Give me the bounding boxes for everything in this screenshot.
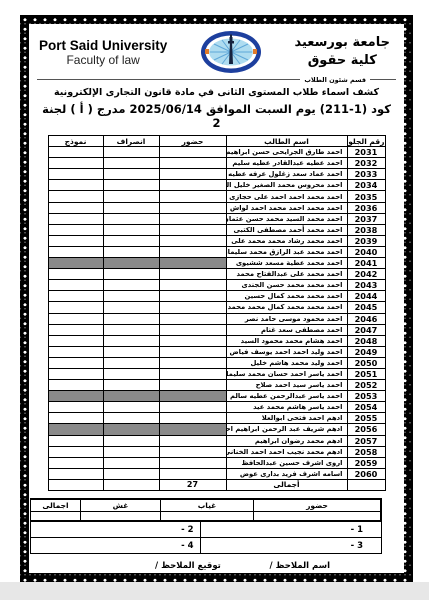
student-name-cell: ادهم محمد نجيب احمد احمد الخنانى [226,446,347,457]
seat-number-cell: 2057 [347,435,385,446]
summary-header-row: حضور غياب غش اجمالى [31,500,381,512]
attendance-cell [159,291,226,302]
seat-number-cell: 2055 [347,413,385,424]
attendance-table: رقم الجلوس اسم الطالب حضور انصراف نموذج … [48,135,386,491]
form-cell [48,280,103,291]
table-row: 2045احمد محمد محمد كمال محمد محمد [48,302,385,313]
student-name-cell: احمد ياسر هاشم محمد عيد [226,402,347,413]
departure-cell [103,402,159,413]
departure-cell [103,335,159,346]
table-row: 2038احمد محمد أحمد مصطفى الكتبى [48,224,385,235]
seat-number-cell: 2049 [347,346,385,357]
departure-cell [103,346,159,357]
seat-number-cell: 2041 [347,258,385,269]
form-cell [48,435,103,446]
table-row: 2036احمد محمد احمد محمد احمد لواش [48,202,385,213]
form-cell [48,169,103,180]
student-name-cell: احمد هشام محمد محمود السيد [226,335,347,346]
attendance-cell [159,324,226,335]
document-page: جامعة بورسعيد كلية حقوق [0,0,429,600]
table-row: 2048احمد هشام محمد محمود السيد [48,335,385,346]
seat-number-cell: 2050 [347,357,385,368]
letterhead: جامعة بورسعيد كلية حقوق [37,28,396,75]
form-cell [48,424,103,435]
list-item-1: - 1 [200,522,382,537]
observer-signature-label: توقيع الملاحظ / [155,561,221,571]
student-name-cell: احمد محمد أحمد مصطفى الكتبى [226,224,347,235]
form-cell [48,180,103,191]
list-item-4: - 4 [31,538,200,553]
form-cell [48,402,103,413]
summary-col-cheating: غش [81,500,161,512]
departure-cell [103,446,159,457]
table-row: 2055ادهم احمد فتحى ابوالعلا [48,413,385,424]
seat-number-cell: 2048 [347,335,385,346]
form-cell [48,224,103,235]
seat-number-cell: 2056 [347,424,385,435]
total-present-count: 27 [159,479,226,490]
departure-cell [103,424,159,435]
form-cell [48,147,103,158]
student-name-cell: احمد طارق الجرايحى حسن ابراهيم [226,147,347,158]
form-cell [48,235,103,246]
university-ar: جامعة بورسعيد [294,34,390,53]
table-row: 2049احمد وليد احمد احمد يوسف فياض [48,346,385,357]
attendance-cell [159,147,226,158]
departure-cell [103,235,159,246]
attendance-cell [159,235,226,246]
seat-number-cell: 2046 [347,313,385,324]
form-cell [48,391,103,402]
seat-number-cell: 2037 [347,213,385,224]
table-row: 2031احمد طارق الجرايحى حسن ابراهيم [48,147,385,158]
departure-cell [103,368,159,379]
table-row: 2047احمد مصطفى سعد غنام [48,324,385,335]
attendance-cell [159,258,226,269]
attendance-cell [159,357,226,368]
attendance-cell [159,269,226,280]
student-name-cell: احمد محمد احمد احمد على حجازى [226,191,347,202]
table-row: 2044احمد محمد محمد كمال حسين [48,291,385,302]
departure-cell [103,224,159,235]
form-cell [48,246,103,257]
student-name-cell: اسامه اشرف فريد بدارى عوض [226,468,347,479]
footer-signatures: اسم الملاحظ / توقيع الملاحظ / [37,561,396,571]
list-item-3: - 3 [200,538,382,553]
student-name-cell: احمد عطيه عبدالقادر عطيه سليم [226,158,347,169]
observer-name-label: اسم الملاحظ / [270,561,330,571]
student-name-cell: احمد وليد احمد احمد يوسف فياض [226,346,347,357]
departure-cell [103,202,159,213]
student-name-cell: احمد ياسر سيد احمد صلاح [226,380,347,391]
seat-number-cell: 2054 [347,402,385,413]
faculty-en: Faculty of law [39,53,167,67]
attendance-cell [159,213,226,224]
form-cell [48,158,103,169]
departure-cell [103,391,159,402]
departure-cell [103,269,159,280]
student-name-cell: احمد محمد محمد حسن الجندى [226,280,347,291]
student-name-cell: احمد محمود موسى حامد نصر [226,313,347,324]
summary-list-row-2: - 3 - 4 [31,537,381,553]
table-row: 2033احمد عماد سعد زغلول عرفه عطيه [48,169,385,180]
seat-number-cell: 2031 [347,147,385,158]
seat-number-cell: 2039 [347,235,385,246]
seat-number-cell: 2034 [347,180,385,191]
table-row: 2039احمد محمد رشاد محمد محمد على [48,235,385,246]
total-label: أجمالى [226,479,347,490]
department-label: قسم شئون الطلاب [300,76,370,84]
table-row: 2059اروى اشرف حسين عبدالحافظ [48,457,385,468]
table-row: 2046احمد محمود موسى حامد نصر [48,313,385,324]
total-row: أجمالى 27 [48,479,385,490]
attendance-cell [159,346,226,357]
col-seat-number: رقم الجلوس [347,136,385,147]
student-name-cell: احمد وليد محمد هاشم خليل [226,357,347,368]
seat-number-cell: 2035 [347,191,385,202]
seat-number-cell: 2033 [347,169,385,180]
seat-number-cell: 2047 [347,324,385,335]
table-row: 2040احمد محمد عبد الرازق محمد سليمان [48,246,385,257]
table-row: 2058ادهم محمد نجيب احمد احمد الخنانى [48,446,385,457]
university-name-english: Port Said University Faculty of law [39,38,167,67]
attendance-rows: 2031احمد طارق الجرايحى حسن ابراهيم2032اح… [48,147,385,480]
departure-cell [103,380,159,391]
university-logo-icon [200,30,262,74]
form-cell [48,446,103,457]
student-name-cell: احمد محمد عطية مسعد ششيوى [226,258,347,269]
attendance-cell [159,402,226,413]
form-cell [48,258,103,269]
seat-number-cell: 2036 [347,202,385,213]
departure-cell [103,147,159,158]
form-cell [48,302,103,313]
seat-number-cell: 2042 [347,269,385,280]
total-form-cell [48,479,103,490]
attendance-cell [159,280,226,291]
seat-number-cell: 2052 [347,380,385,391]
departure-cell [103,324,159,335]
form-cell [48,324,103,335]
table-row: 2057ادهم محمد رضوان ابراهيم [48,435,385,446]
form-cell [48,413,103,424]
attendance-cell [159,391,226,402]
form-cell [48,202,103,213]
attendance-cell [159,191,226,202]
summary-list-row-1: - 1 - 2 [31,521,381,537]
attendance-cell [159,335,226,346]
departure-cell [103,302,159,313]
total-seat-cell [347,479,385,490]
university-name-arabic: جامعة بورسعيد كلية حقوق [294,34,390,72]
table-row: 2052احمد ياسر سيد احمد صلاح [48,380,385,391]
summary-col-present: حضور [254,500,381,512]
attendance-header-row: رقم الجلوس اسم الطالب حضور انصراف نموذج [48,136,385,147]
student-name-cell: احمد عماد سعد زغلول عرفه عطيه [226,169,347,180]
form-cell [48,291,103,302]
departure-cell [103,291,159,302]
seat-number-cell: 2038 [347,224,385,235]
student-name-cell: احمد محمد رشاد محمد محمد على [226,235,347,246]
form-cell [48,457,103,468]
departure-cell [103,213,159,224]
department-divider: قسم شئون الطلاب [37,76,396,84]
col-form: نموذج [48,136,103,147]
attendance-cell [159,246,226,257]
seat-number-cell: 2045 [347,302,385,313]
attendance-cell [159,457,226,468]
form-cell [48,191,103,202]
table-row: 2032احمد عطيه عبدالقادر عطيه سليم [48,158,385,169]
table-row: 2054احمد ياسر هاشم محمد عيد [48,402,385,413]
seat-number-cell: 2059 [347,457,385,468]
university-en: Port Said University [39,38,167,53]
attendance-cell [159,380,226,391]
table-row: 2053احمد ياسر عبدالرحمن عطيه سالم [48,391,385,402]
sheet-title: كشف اسماء طلاب المستوى الثانى في مادة قا… [37,87,396,98]
table-row: 2037احمد محمد السيد محمد حسن عثمان [48,213,385,224]
student-name-cell: احمد محمد السيد محمد حسن عثمان [226,213,347,224]
table-row: 2043احمد محمد محمد حسن الجندى [48,280,385,291]
attendance-cell [159,435,226,446]
student-name-cell: احمد محروس محمد الصغير خليل الجسر [226,180,347,191]
seat-number-cell: 2032 [347,158,385,169]
table-row: 2034احمد محروس محمد الصغير خليل الجسر [48,180,385,191]
student-name-cell: ادهم شريف عبد الرحمن ابراهيم احمد [226,424,347,435]
departure-cell [103,280,159,291]
form-cell [48,357,103,368]
student-name-cell: ادهم احمد فتحى ابوالعلا [226,413,347,424]
student-name-cell: احمد ياسر احمد حسان محمد سليمان [226,368,347,379]
decorative-chain-border: جامعة بورسعيد كلية حقوق [20,15,413,582]
exam-session-title: كود (1-211) يوم السبت الموافق 2025/06/14… [37,102,396,130]
student-name-cell: احمد محمد احمد محمد احمد لواش [226,202,347,213]
seat-number-cell: 2058 [347,446,385,457]
student-name-cell: احمد محمد محمد كمال حسين [226,291,347,302]
departure-cell [103,246,159,257]
table-row: 2051احمد ياسر احمد حسان محمد سليمان [48,368,385,379]
student-name-cell: احمد محمد على عبدالفتاح محمد [226,269,347,280]
table-row: 2050احمد وليد محمد هاشم خليل [48,357,385,368]
departure-cell [103,457,159,468]
form-cell [48,269,103,280]
faculty-ar: كلية حقوق [294,52,390,71]
seat-number-cell: 2044 [347,291,385,302]
seat-number-cell: 2043 [347,280,385,291]
attendance-cell [159,446,226,457]
table-row: 2042احمد محمد على عبدالفتاح محمد [48,269,385,280]
col-attendance: حضور [159,136,226,147]
departure-cell [103,413,159,424]
col-departure: انصراف [103,136,159,147]
table-row: 2056ادهم شريف عبد الرحمن ابراهيم احمد [48,424,385,435]
summary-col-absent: غياب [161,500,254,512]
table-row: 2041احمد محمد عطية مسعد ششيوى [48,258,385,269]
departure-cell [103,313,159,324]
summary-col-total: اجمالى [31,500,81,512]
student-name-cell: احمد محمد عبد الرازق محمد سليمان [226,246,347,257]
form-cell [48,213,103,224]
student-name-cell: احمد مصطفى سعد غنام [226,324,347,335]
student-name-cell: احمد ياسر عبدالرحمن عطيه سالم [226,391,347,402]
attendance-cell [159,180,226,191]
attendance-cell [159,413,226,424]
departure-cell [103,468,159,479]
summary-table: حضور غياب غش اجمالى - 1 - 2 [30,498,382,554]
table-row: 2060اسامه اشرف فريد بدارى عوض [48,468,385,479]
departure-cell [103,258,159,269]
attendance-cell [159,368,226,379]
form-cell [48,468,103,479]
seat-number-cell: 2060 [347,468,385,479]
summary-empty-row [31,512,381,521]
total-departure-cell [103,479,159,490]
departure-cell [103,191,159,202]
attendance-cell [159,224,226,235]
departure-cell [103,435,159,446]
seat-number-cell: 2053 [347,391,385,402]
table-row: 2035احمد محمد احمد احمد على حجازى [48,191,385,202]
departure-cell [103,158,159,169]
form-cell [48,380,103,391]
list-item-2: - 2 [31,522,200,537]
page-content: جامعة بورسعيد كلية حقوق [29,24,404,573]
seat-number-cell: 2040 [347,246,385,257]
divider-line-left [37,79,300,80]
attendance-cell [159,424,226,435]
attendance-cell [159,313,226,324]
departure-cell [103,357,159,368]
departure-cell [103,169,159,180]
attendance-cell [159,169,226,180]
student-name-cell: احمد محمد محمد كمال محمد محمد [226,302,347,313]
seat-number-cell: 2051 [347,368,385,379]
form-cell [48,313,103,324]
form-cell [48,335,103,346]
student-name-cell: ادهم محمد رضوان ابراهيم [226,435,347,446]
col-student-name: اسم الطالب [226,136,347,147]
student-name-cell: اروى اشرف حسين عبدالحافظ [226,457,347,468]
departure-cell [103,180,159,191]
form-cell [48,346,103,357]
form-cell [48,368,103,379]
attendance-cell [159,202,226,213]
divider-line-right [370,79,396,80]
attendance-cell [159,302,226,313]
attendance-cell [159,468,226,479]
attendance-cell [159,158,226,169]
